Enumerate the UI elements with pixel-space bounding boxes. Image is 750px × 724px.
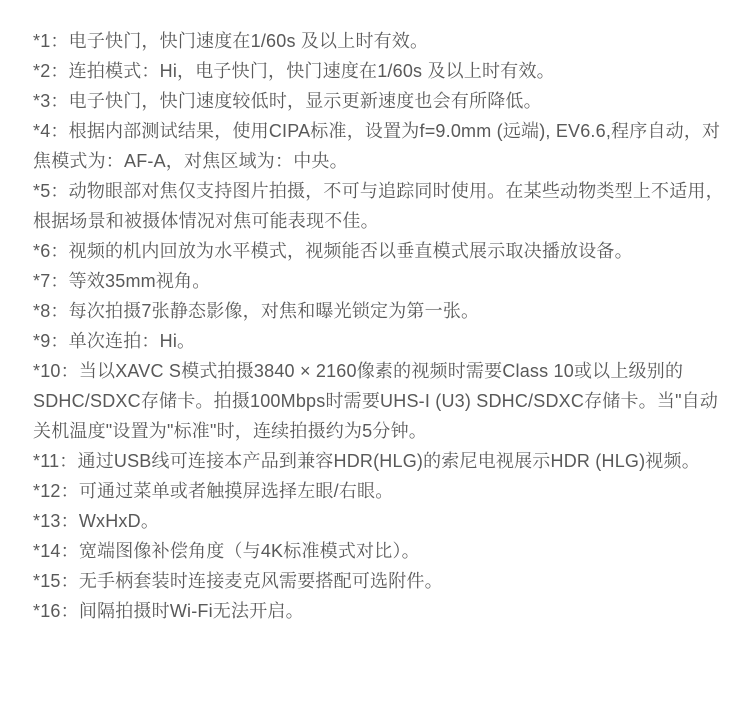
footnote-item-15: *15：无手柄套装时连接麦克风需要搭配可选附件。	[33, 566, 724, 596]
footnote-item-9: *9：单次连拍：Hi。	[33, 326, 724, 356]
footnote-item-14: *14：宽端图像补偿角度（与4K标准模式对比）。	[33, 536, 724, 566]
footnote-label: *3：	[33, 91, 69, 111]
footnote-label: *1：	[33, 31, 69, 51]
footnote-text: 电子快门，快门速度较低时，显示更新速度也会有所降低。	[69, 91, 542, 111]
footnote-text: 等效35mm视角。	[69, 271, 211, 291]
footnote-text: 电子快门，快门速度在1/60s 及以上时有效。	[69, 31, 429, 51]
footnote-label: *5：	[33, 181, 69, 201]
footnote-item-4: *4：根据内部测试结果，使用CIPA标准，设置为f=9.0mm (远端), EV…	[33, 116, 724, 176]
footnote-label: *4：	[33, 121, 69, 141]
footnote-text: 可通过菜单或者触摸屏选择左眼/右眼。	[79, 481, 394, 501]
footnote-label: *13：	[33, 511, 79, 531]
footnote-item-16: *16：间隔拍摄时Wi-Fi无法开启。	[33, 596, 724, 626]
footnotes-section: *1：电子快门，快门速度在1/60s 及以上时有效。 *2：连拍模式：Hi，电子…	[0, 0, 750, 626]
footnote-label: *15：	[33, 571, 79, 591]
footnote-label: *12：	[33, 481, 79, 501]
footnote-text: 宽端图像补偿角度（与4K标准模式对比）。	[79, 541, 420, 561]
footnote-label: *10：	[33, 361, 79, 381]
footnote-item-5: *5：动物眼部对焦仅支持图片拍摄，不可与追踪同时使用。在某些动物类型上不适用，根…	[33, 176, 724, 236]
footnote-text: 动物眼部对焦仅支持图片拍摄，不可与追踪同时使用。在某些动物类型上不适用，根据场景…	[33, 181, 724, 231]
footnote-text: 当以XAVC S模式拍摄3840 × 2160像素的视频时需要Class 10或…	[33, 361, 718, 441]
footnote-item-2: *2：连拍模式：Hi，电子快门，快门速度在1/60s 及以上时有效。	[33, 56, 724, 86]
footnote-text: 根据内部测试结果，使用CIPA标准，设置为f=9.0mm (远端), EV6.6…	[33, 121, 720, 171]
footnote-text: 通过USB线可连接本产品到兼容HDR(HLG)的索尼电视展示HDR (HLG)视…	[78, 451, 700, 471]
footnote-item-10: *10：当以XAVC S模式拍摄3840 × 2160像素的视频时需要Class…	[33, 356, 724, 446]
footnote-label: *7：	[33, 271, 69, 291]
footnote-item-13: *13：WxHxD。	[33, 506, 724, 536]
footnote-item-1: *1：电子快门，快门速度在1/60s 及以上时有效。	[33, 26, 724, 56]
footnote-item-8: *8：每次拍摄7张静态影像，对焦和曝光锁定为第一张。	[33, 296, 724, 326]
footnote-label: *11：	[33, 451, 78, 471]
footnote-label: *9：	[33, 331, 69, 351]
footnote-text: 无手柄套装时连接麦克风需要搭配可选附件。	[79, 571, 443, 591]
footnote-text: 每次拍摄7张静态影像，对焦和曝光锁定为第一张。	[69, 301, 480, 321]
footnote-text: 间隔拍摄时Wi-Fi无法开启。	[79, 601, 304, 621]
footnote-item-3: *3：电子快门，快门速度较低时，显示更新速度也会有所降低。	[33, 86, 724, 116]
footnote-label: *16：	[33, 601, 79, 621]
footnote-text: 视频的机内回放为水平模式，视频能否以垂直模式展示取决播放设备。	[69, 241, 633, 261]
footnote-item-12: *12：可通过菜单或者触摸屏选择左眼/右眼。	[33, 476, 724, 506]
footnote-item-6: *6：视频的机内回放为水平模式，视频能否以垂直模式展示取决播放设备。	[33, 236, 724, 266]
footnote-label: *8：	[33, 301, 69, 321]
footnote-label: *6：	[33, 241, 69, 261]
footnote-text: WxHxD。	[79, 511, 159, 531]
footnote-text: 单次连拍：Hi。	[69, 331, 196, 351]
footnote-item-11: *11：通过USB线可连接本产品到兼容HDR(HLG)的索尼电视展示HDR (H…	[33, 446, 724, 476]
footnote-item-7: *7：等效35mm视角。	[33, 266, 724, 296]
footnote-text: 连拍模式：Hi，电子快门，快门速度在1/60s 及以上时有效。	[69, 61, 555, 81]
footnote-label: *14：	[33, 541, 79, 561]
footnote-label: *2：	[33, 61, 69, 81]
